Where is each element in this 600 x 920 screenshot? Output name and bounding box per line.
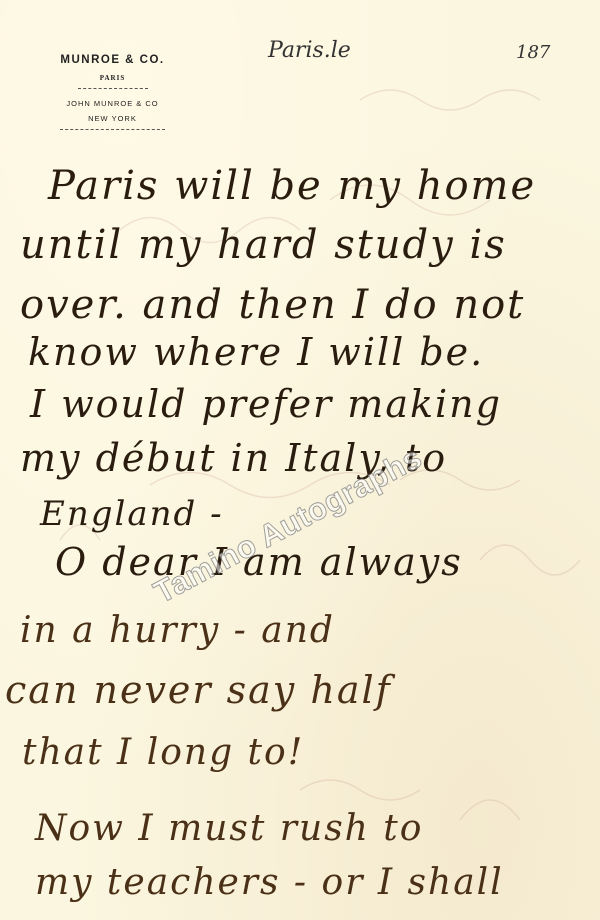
letter-line: can never say half [5,668,392,712]
letter-line: in a hurry - and [20,610,335,651]
letter-line: know where I will be. [28,330,484,374]
letter-line: England - [40,494,224,534]
letter-line: I would prefer making [30,382,502,426]
letter-line: my teachers - or I shall [35,862,504,903]
letter-line: Now I must rush to [35,808,423,849]
letter-line: Paris will be my home [48,163,536,209]
letter-line: over. and then I do not [20,282,525,328]
letter-line: until my hard study is [20,222,507,268]
letter-body: Paris will be my home until my hard stud… [0,0,600,920]
letter-line: that I long to! [22,732,304,773]
